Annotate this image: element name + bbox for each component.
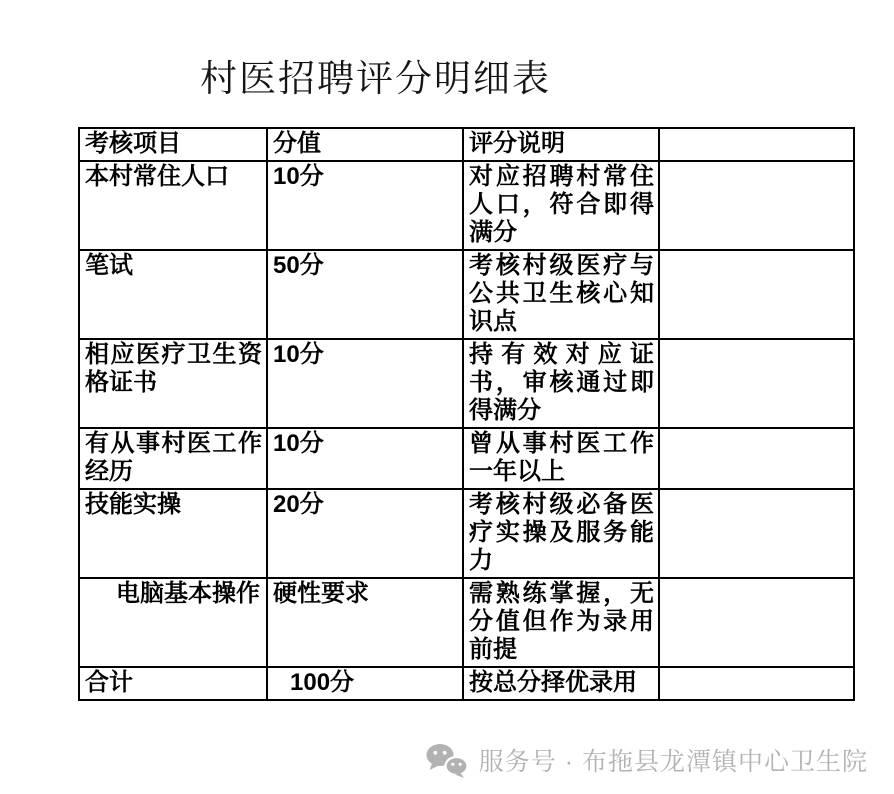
- table-row: 相应医疗卫生资格证书 10分 持有效对应证书，审核通过即得满分: [79, 339, 854, 428]
- empty-cell: [659, 578, 854, 667]
- table-row: 技能实操 20分 考核村级必备医疗实操及服务能力: [79, 489, 854, 578]
- empty-cell: [659, 161, 854, 250]
- table-row: 本村常住人口 10分 对应招聘村常住人口，符合即得满分: [79, 161, 854, 250]
- score-cell: 50分: [267, 250, 463, 339]
- description-cell: 考核村级必备医疗实操及服务能力: [463, 489, 659, 578]
- assessment-item-cell: 有从事村医工作经历: [79, 428, 267, 489]
- empty-cell: [659, 428, 854, 489]
- assessment-item-cell: 相应医疗卫生资格证书: [79, 339, 267, 428]
- header-score-value: 分值: [267, 128, 463, 161]
- description-cell: 曾从事村医工作一年以上: [463, 428, 659, 489]
- score-cell: 10分: [267, 339, 463, 428]
- empty-cell: [659, 250, 854, 339]
- watermark-footer: 服务号 · 布拖县龙潭镇中心卫生院: [424, 741, 868, 779]
- wechat-icon: [424, 742, 469, 779]
- scoring-table: 考核项目 分值 评分说明 本村常住人口 10分 对应招聘村常住人口，符合即得满分…: [78, 127, 855, 701]
- score-cell: 10分: [267, 161, 463, 250]
- description-cell: 持有效对应证书，审核通过即得满分: [463, 339, 659, 428]
- header-scoring-description: 评分说明: [463, 128, 659, 161]
- page: 村医招聘评分明细表 考核项目 分值 评分说明 本村常住人口 10分 对应招聘村常…: [0, 0, 894, 794]
- assessment-item-cell: 本村常住人口: [79, 161, 267, 250]
- empty-cell: [659, 339, 854, 428]
- assessment-item-cell: 电脑基本操作: [79, 578, 267, 667]
- table-row: 电脑基本操作 硬性要求 需熟练掌握，无分值但作为录用前提: [79, 578, 854, 667]
- score-cell: 硬性要求: [267, 578, 463, 667]
- empty-cell: [659, 489, 854, 578]
- assessment-item-cell: 技能实操: [79, 489, 267, 578]
- score-cell: 100分: [267, 667, 463, 700]
- table-row: 笔试 50分 考核村级医疗与公共卫生核心知识点: [79, 250, 854, 339]
- description-cell: 按总分择优录用: [463, 667, 659, 700]
- table-row: 有从事村医工作经历 10分 曾从事村医工作一年以上: [79, 428, 854, 489]
- description-cell: 考核村级医疗与公共卫生核心知识点: [463, 250, 659, 339]
- empty-cell: [659, 667, 854, 700]
- table-header-row: 考核项目 分值 评分说明: [79, 128, 854, 161]
- description-cell: 对应招聘村常住人口，符合即得满分: [463, 161, 659, 250]
- table-total-row: 合计 100分 按总分择优录用: [79, 667, 854, 700]
- assessment-item-cell: 笔试: [79, 250, 267, 339]
- watermark-text: 服务号 · 布拖县龙潭镇中心卫生院: [479, 742, 868, 778]
- header-assessment-item: 考核项目: [79, 128, 267, 161]
- page-title: 村医招聘评分明细表: [200, 48, 551, 102]
- assessment-item-cell: 合计: [79, 667, 267, 700]
- score-cell: 10分: [267, 428, 463, 489]
- description-cell: 需熟练掌握，无分值但作为录用前提: [463, 578, 659, 667]
- score-cell: 20分: [267, 489, 463, 578]
- header-empty-cell: [659, 128, 854, 161]
